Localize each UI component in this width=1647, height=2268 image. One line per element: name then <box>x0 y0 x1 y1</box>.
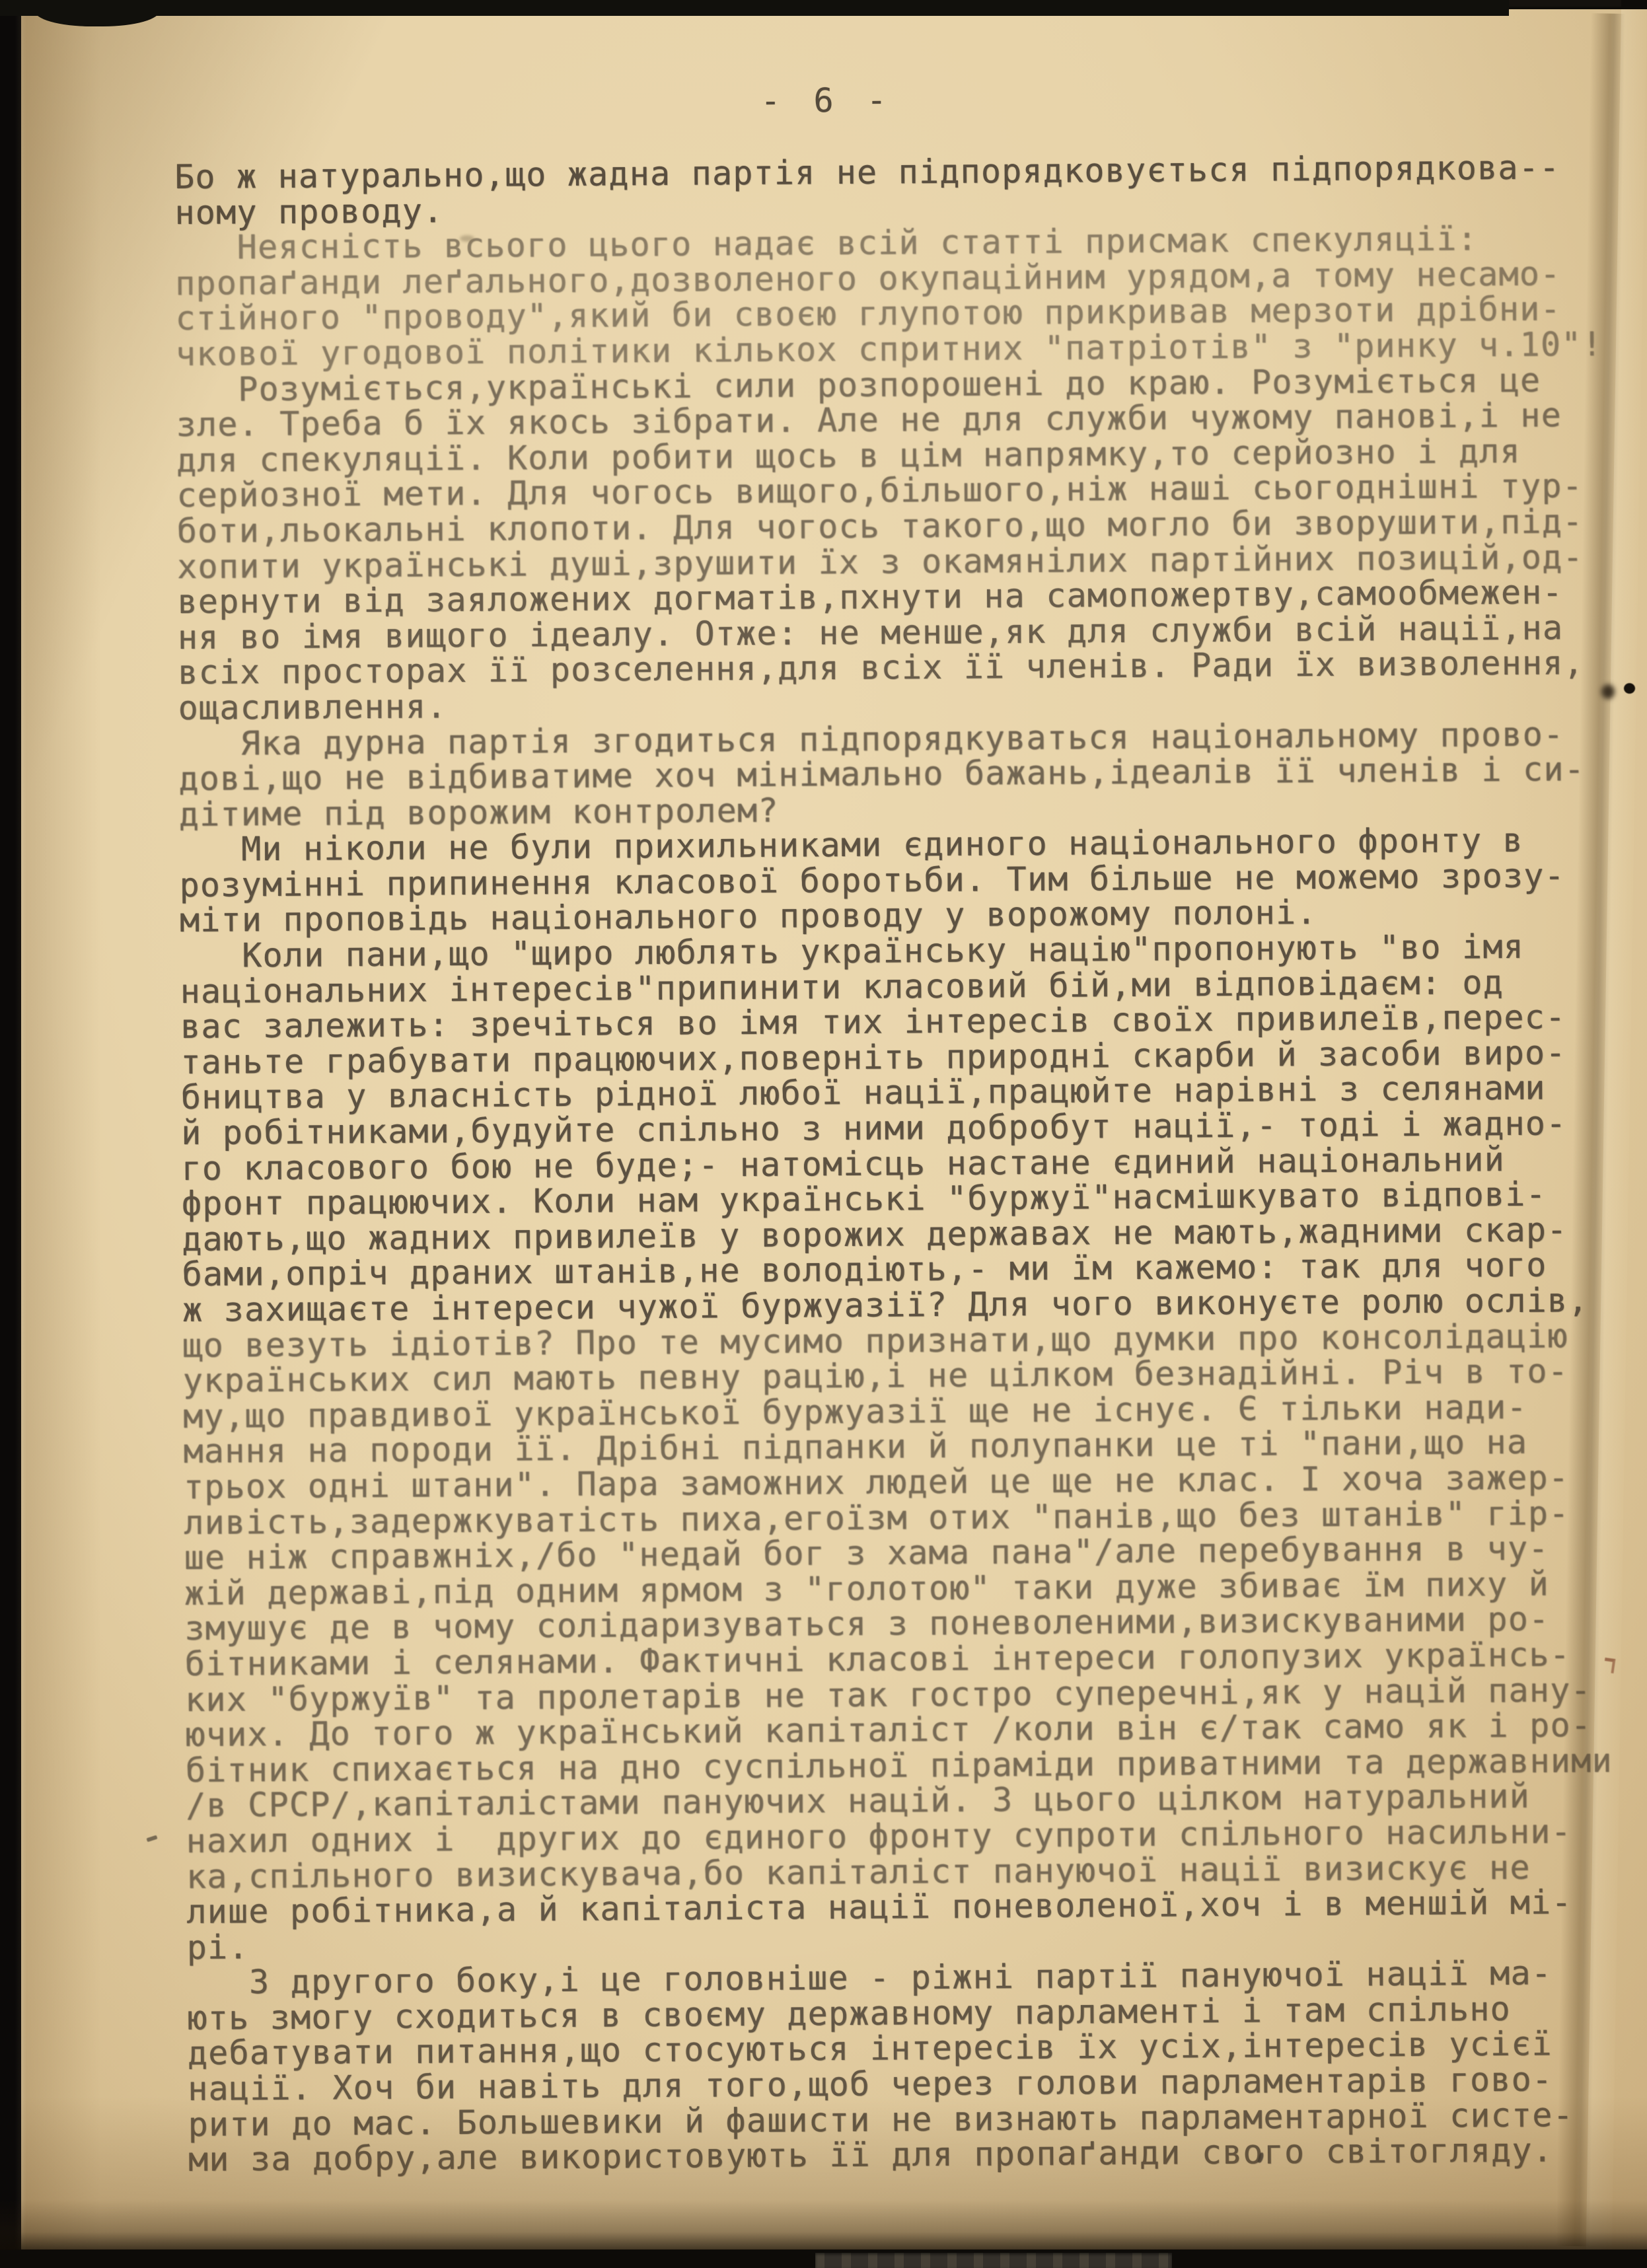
body-text: Бо ж натурально,що жадна партія не підпо… <box>174 149 1647 2177</box>
text-line: ми за добру,але використовують її для пр… <box>188 2133 1647 2178</box>
ink-dot-blurry <box>1601 684 1615 699</box>
scan-border-top <box>0 0 1509 16</box>
margin-tick-mark <box>1603 1658 1616 1673</box>
paper-sheet: - 6 - Бо ж натурально,що жадна партія не… <box>20 9 1647 2253</box>
scanned-document-page: - 6 - Бо ж натурально,що жадна партія не… <box>0 0 1647 2268</box>
page-content: - 6 - Бо ж натурально,що жадна партія не… <box>18 0 1647 2254</box>
page-number: - 6 - <box>760 81 893 120</box>
ink-smudge <box>460 235 474 242</box>
scan-border-left <box>0 0 21 2268</box>
next-page-edge <box>815 2253 1172 2268</box>
scan-border-top-step <box>1509 0 1621 7</box>
ink-dot <box>1624 683 1635 694</box>
